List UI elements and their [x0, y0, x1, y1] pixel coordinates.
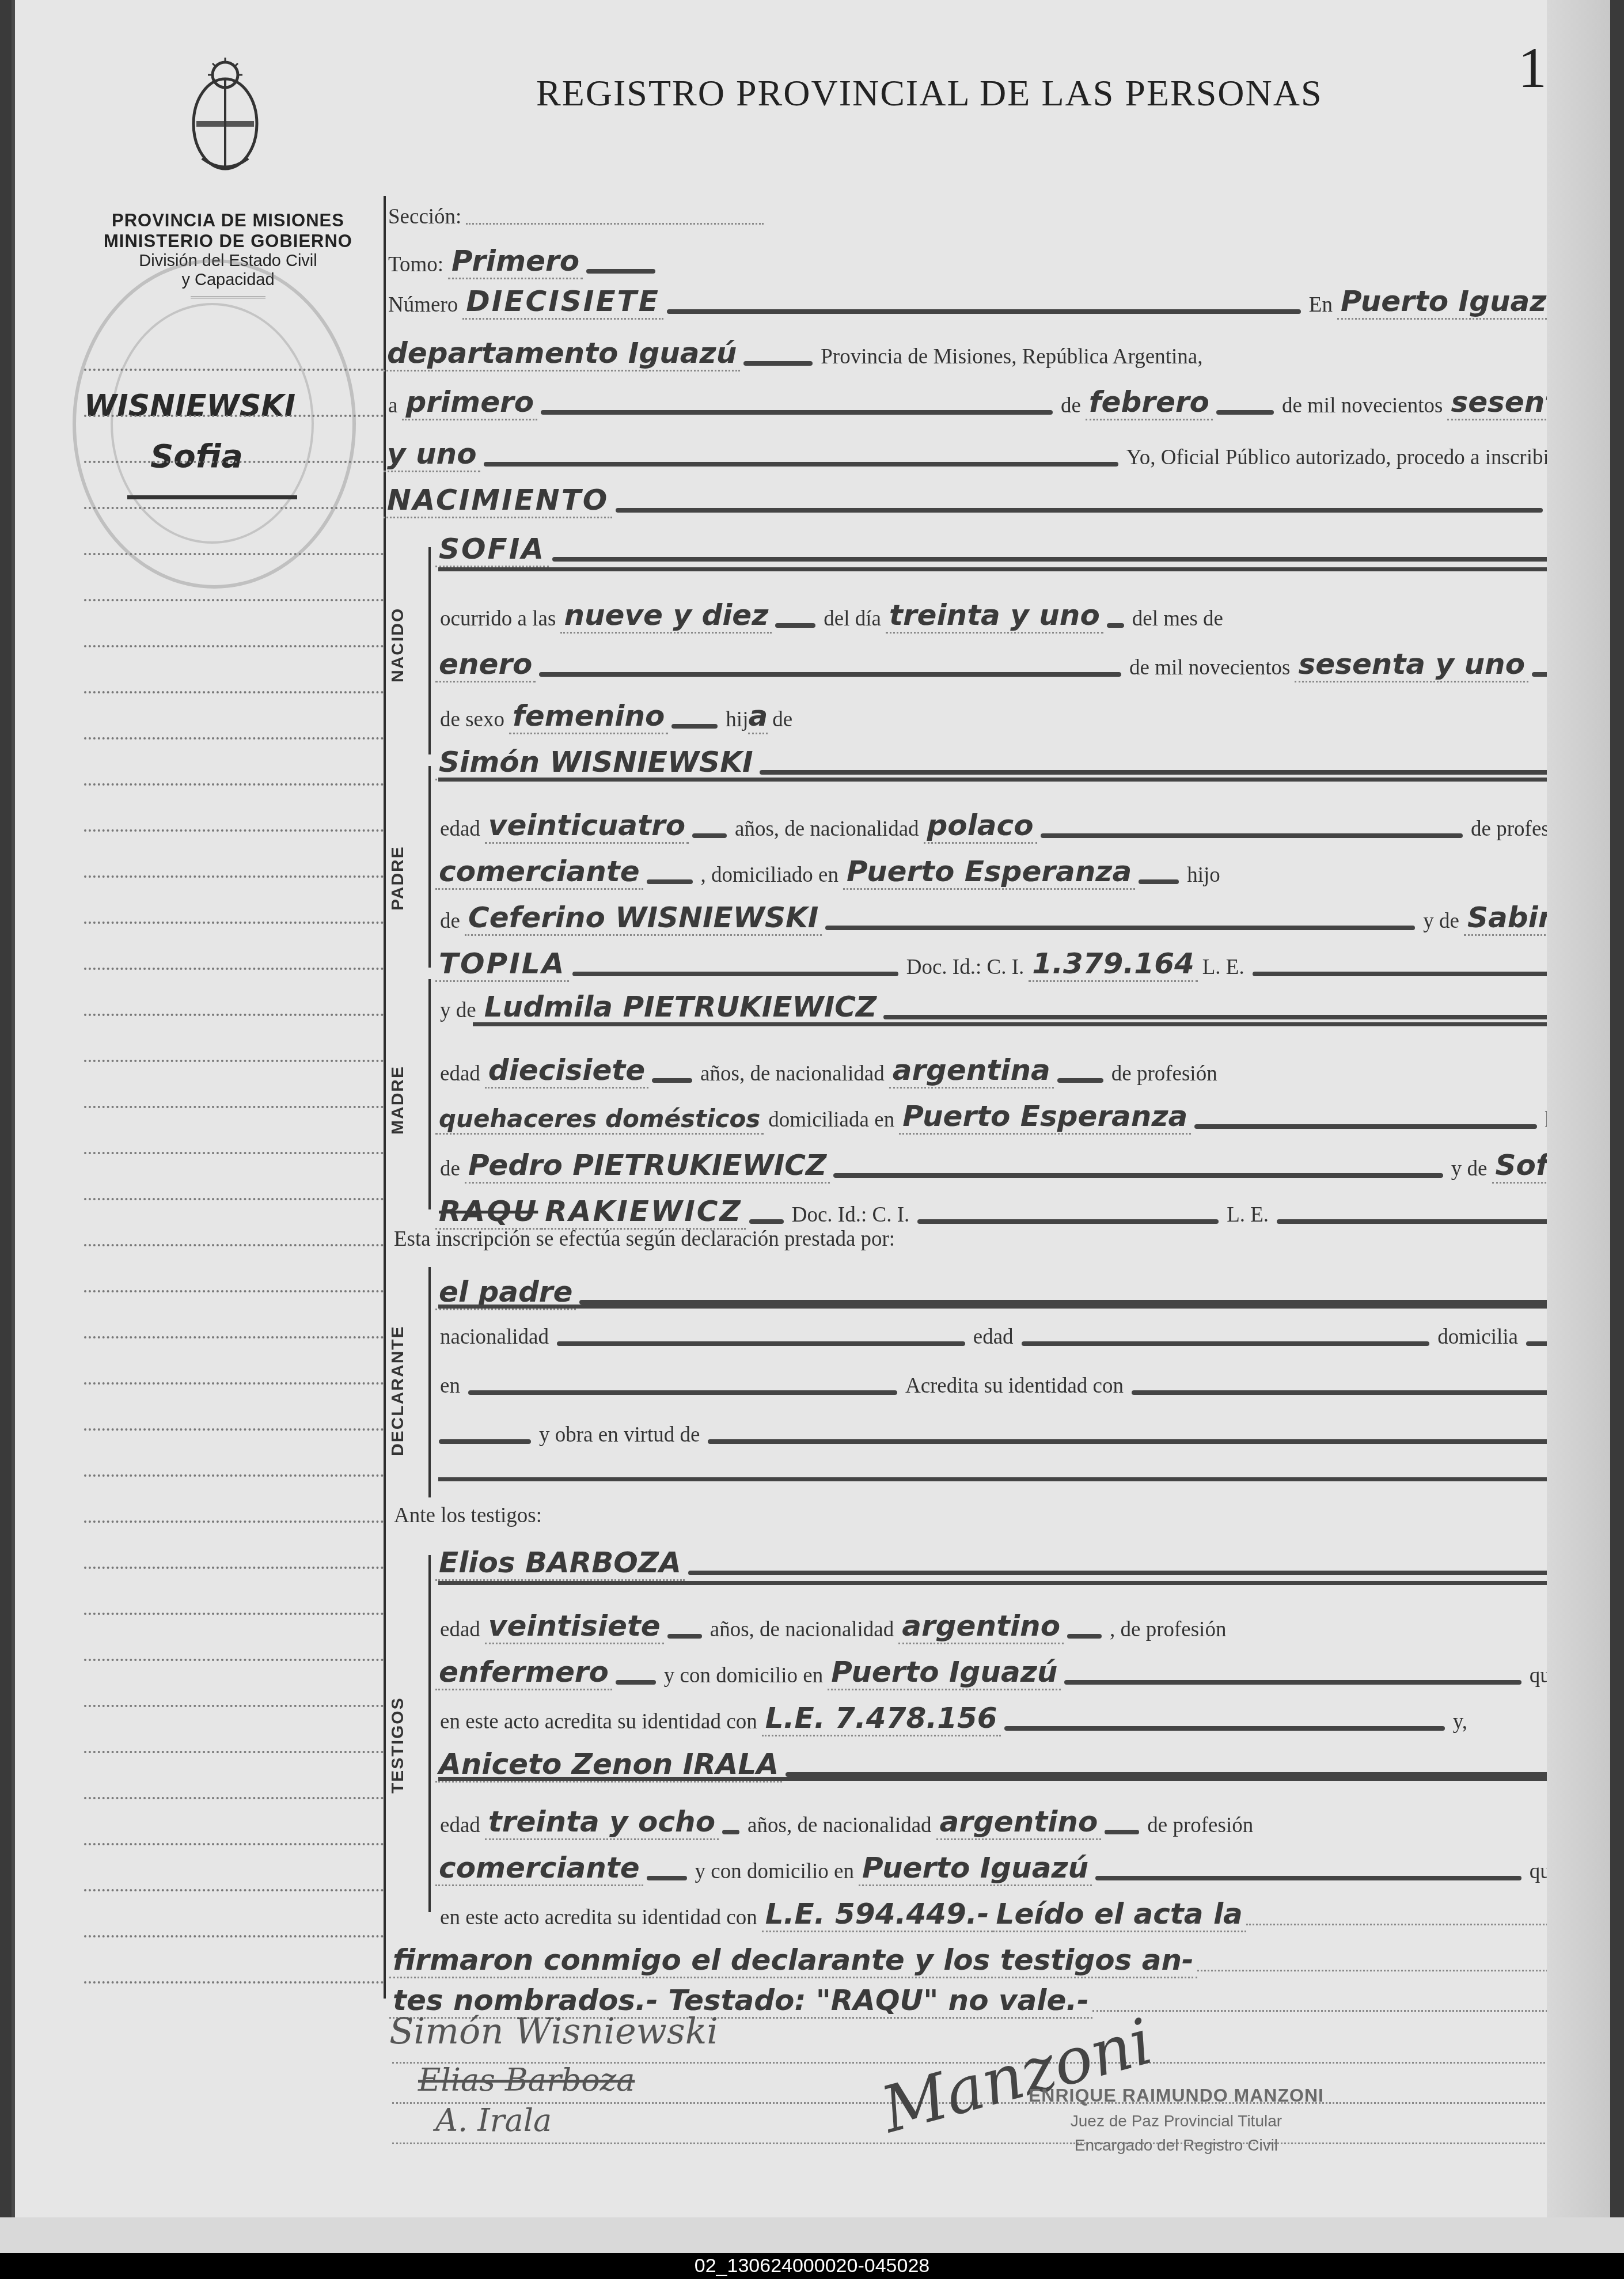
fill-line — [647, 879, 693, 884]
fill-line — [1041, 833, 1463, 838]
margin-line — [84, 1981, 384, 1984]
declarante-en-label: en — [435, 1374, 465, 1398]
margin-line — [84, 783, 384, 786]
fill-line — [1064, 1680, 1521, 1685]
fill-line — [541, 410, 1053, 415]
declarante-acredita-field[interactable] — [1132, 1390, 1561, 1395]
margin-line — [84, 1520, 384, 1523]
padre-father-name[interactable]: Ceferino WISNIEWSKI — [465, 901, 822, 936]
madre-doc-row: RAQU RAKIEWICZ Doc. Id.: C. I. L. E. — [435, 1192, 1581, 1227]
fill-line — [1095, 1876, 1521, 1880]
fill-line — [775, 623, 815, 628]
fill-line — [552, 557, 1578, 562]
madre-hija-label: hija — [1540, 1108, 1581, 1132]
testigo2-doc-row: en este acto acredita su identidad con L… — [435, 1895, 1576, 1930]
madre-edad-row: edad diecisiete años, de nacionalidad ar… — [435, 1051, 1581, 1086]
act-type-value[interactable]: NACIMIENTO — [384, 483, 612, 518]
madre-parents-row: de Pedro PIETRUKIEWICZ y de Sofia — [435, 1146, 1581, 1181]
official-title-2: Encargado del Registro Civil — [1029, 2136, 1324, 2155]
testigo2-domicilio-row: comerciante y con domicilio en Puerto Ig… — [435, 1849, 1581, 1884]
fill-line — [1067, 1634, 1102, 1639]
de-colon-label: de: — [1546, 491, 1581, 516]
fill-line — [825, 926, 1415, 930]
declarante-domicilio-field[interactable] — [1526, 1341, 1561, 1346]
margin-line — [84, 1014, 384, 1016]
image-code-bar: 02_130624000020-045028 — [0, 2253, 1624, 2279]
declarante-edad-label: edad — [969, 1325, 1018, 1349]
margin-line — [84, 1935, 384, 1937]
testigo2-nacionalidad[interactable]: argentino — [936, 1805, 1102, 1840]
madre-y-de-label: y de — [435, 998, 481, 1023]
closing-row-2: firmaron conmigo el declarante y los tes… — [389, 1941, 1576, 1976]
testigo1-profesion-label: , de profesión — [1105, 1617, 1231, 1642]
page-number: 17 — [1518, 35, 1576, 101]
padre-edad[interactable]: veinticuatro — [485, 809, 689, 844]
declarante-edad-field[interactable] — [1022, 1341, 1430, 1346]
testigos-intro-row: Ante los testigos: — [389, 1503, 1581, 1528]
madre-profesion[interactable]: quehaceres domésticos — [435, 1105, 764, 1135]
scan-bottom-strip — [0, 2217, 1624, 2253]
padre-ci-value[interactable]: 1.379.164 — [1029, 947, 1198, 982]
padre-profesion[interactable]: comerciante — [435, 855, 643, 890]
place-row: departamento Iguazú Provincia de Misione… — [384, 334, 1581, 369]
testigo1-nacionalidad[interactable]: argentino — [898, 1609, 1064, 1644]
padre-mother-first[interactable]: Sabina — [1464, 901, 1581, 936]
madre-name-row: y de Ludmila PIETRUKIEWICZ — [435, 988, 1581, 1023]
section-label-testigos: TESTIGOS — [388, 1693, 423, 1797]
testigo1-y-label: y, — [1448, 1709, 1472, 1734]
numero-value[interactable]: DIECISIETE — [462, 285, 663, 320]
fill-line — [786, 1772, 1572, 1777]
tomo-value[interactable]: Primero — [448, 244, 583, 279]
padre-edad-row: edad veinticuatro años, de nacionalidad … — [435, 806, 1581, 841]
closing-line2[interactable]: firmaron conmigo el declarante y los tes… — [389, 1943, 1197, 1978]
padre-hijo-label: hijo — [1182, 863, 1225, 888]
margin-line — [84, 875, 384, 878]
declarante-domicilia-label: domicilia — [1433, 1325, 1523, 1349]
testigo2-edad[interactable]: treinta y ocho — [485, 1805, 719, 1840]
official-title-1: Juez de Paz Provincial Titular — [1029, 2112, 1324, 2130]
testigo2-domicilio[interactable]: Puerto Iguazú — [859, 1851, 1092, 1886]
declarante-value-row: el padre — [435, 1273, 1564, 1308]
official-stamp-block: ENRIQUE RAIMUNDO MANZONI Juez de Paz Pro… — [1029, 2085, 1324, 2155]
record-year-value-2[interactable]: y uno — [384, 437, 480, 472]
margin-line — [84, 691, 384, 693]
margin-line — [84, 507, 384, 509]
madre-name[interactable]: Ludmila PIETRUKIEWICZ — [481, 990, 881, 1025]
section-label-declarante: DECLARANTE — [388, 1325, 423, 1457]
margin-line — [84, 1705, 384, 1707]
margin-line — [84, 1889, 384, 1891]
fill-line — [616, 508, 1543, 513]
fill-line — [616, 1680, 656, 1685]
declarante-acredita-label: Acredita su identidad con — [901, 1374, 1128, 1398]
testigo1-doc-row: en este acto acredita su identidad con L… — [435, 1699, 1472, 1734]
margin-line — [84, 1152, 384, 1154]
year-label: de mil novecientos — [1277, 393, 1448, 418]
margin-line — [84, 599, 384, 601]
testigo1-domicilio[interactable]: Puerto Iguazú — [828, 1655, 1061, 1690]
place-value-2[interactable]: departamento Iguazú — [384, 336, 740, 371]
fill-line — [438, 1777, 1576, 1781]
sexo-label: de sexo — [435, 707, 509, 732]
margin-line — [84, 1751, 384, 1753]
ocurrido-label: ocurrido a las — [435, 606, 560, 631]
margin-line — [84, 922, 384, 924]
section-bar-madre — [428, 979, 431, 1209]
fill-line — [1216, 410, 1274, 415]
testigo2-nacionalidad-label: años, de nacionalidad — [743, 1813, 936, 1838]
margin-line — [84, 1659, 384, 1661]
section-bar-padre — [428, 766, 431, 968]
declarante-nacionalidad-field[interactable] — [557, 1341, 965, 1346]
declarante-prefix-field[interactable] — [439, 1439, 531, 1444]
padre-doc-row: TOPILA Doc. Id.: C. I. 1.379.164 L. E. — [435, 945, 1581, 980]
a-label: a — [384, 393, 402, 418]
fill-line — [883, 1015, 1578, 1019]
madre-y-de2-label: y de — [1447, 1156, 1492, 1181]
testigo1-acredita-label: en este acto acredita su identidad con — [435, 1709, 762, 1734]
testigo2-acredita-label: en este acto acredita su identidad con — [435, 1905, 762, 1930]
madre-father-name[interactable]: Pedro PIETRUKIEWICZ — [465, 1148, 830, 1184]
nacido-name[interactable]: SOFIA — [435, 532, 549, 567]
margin-line — [84, 829, 384, 832]
fill-line — [438, 1305, 1564, 1309]
signature-witness-2: A. Irala — [435, 2102, 552, 2138]
testigo2-edad-row: edad treinta y ocho años, de nacionalida… — [435, 1803, 1581, 1838]
tomo-label: Tomo: — [384, 252, 448, 277]
testigo1-name[interactable]: Elios BARBOZA — [435, 1546, 685, 1581]
document-page: REGISTRO PROVINCIAL DE LAS PERSONAS 17 P… — [12, 0, 1610, 2217]
margin-line — [84, 461, 384, 463]
fill-line — [652, 1078, 692, 1083]
tomo-row: Tomo: Primero — [384, 242, 764, 277]
padre-domicilio-row: comerciante , domiciliado en Puerto Espe… — [435, 852, 1581, 888]
nacido-time[interactable]: nueve y diez — [560, 598, 772, 634]
margin-line — [84, 1382, 384, 1385]
madre-domicilio-label: domiciliada en — [764, 1108, 899, 1132]
fill-line — [688, 1571, 1578, 1575]
declarante-obra-label: y obra en virtud de — [534, 1423, 704, 1447]
ministry-line-ministry: MINISTERIO DE GOBIERNO — [78, 231, 378, 252]
declarante-obra-row: y obra en virtud de — [435, 1423, 1564, 1447]
nacido-sexo-row: de sexo femenino hij a de — [435, 697, 954, 732]
del-mes-label: del mes de — [1128, 606, 1228, 631]
madre-edad-label: edad — [435, 1061, 485, 1086]
declarante-details-row: nacionalidad edad domicilia — [435, 1325, 1564, 1349]
madre-doc-label: Doc. Id.: C. I. — [787, 1203, 915, 1227]
margin-line — [84, 415, 384, 417]
madre-domicilio-row: quehaceres domésticos domiciliada en Pue… — [435, 1097, 1581, 1132]
madre-domicilio[interactable]: Puerto Esperanza — [899, 1099, 1191, 1135]
padre-le-label: L. E. — [1198, 955, 1249, 980]
fill-line — [1105, 1830, 1139, 1834]
madre-nacionalidad-label: años, de nacionalidad — [696, 1061, 889, 1086]
dotted-line — [1246, 1924, 1576, 1925]
province-text: Provincia de Misiones, República Argenti… — [816, 344, 1207, 369]
margin-line — [84, 1336, 384, 1338]
nacido-time-row: ocurrido a las nueve y diez del día trei… — [435, 596, 1581, 631]
fill-line — [438, 1477, 1564, 1481]
dotted-line — [392, 2143, 1573, 2144]
margin-line — [84, 737, 384, 740]
fill-line — [1194, 1124, 1536, 1129]
madre-nacionalidad[interactable]: argentina — [889, 1053, 1054, 1089]
testigo2-doc[interactable]: L.E. 594.449.- — [762, 1897, 993, 1932]
testigos-intro: Ante los testigos: — [389, 1503, 547, 1528]
nacido-year[interactable]: sesenta y uno — [1295, 647, 1528, 682]
testigo2-domicilio-label: y con domicilio en — [690, 1859, 859, 1884]
margin-line — [84, 1106, 384, 1108]
coat-of-arms-icon — [179, 55, 271, 173]
fill-line — [1107, 623, 1124, 628]
testigo2-profesion-label: de profesión — [1143, 1813, 1258, 1838]
nacido-month-row: enero de mil novecientos sesenta y uno — [435, 645, 1581, 680]
padre-mother-last[interactable]: TOPILA — [435, 947, 569, 982]
hij-de-label: de — [768, 707, 797, 732]
fill-line — [579, 1300, 1561, 1305]
record-day-value[interactable]: primero — [402, 385, 537, 420]
padre-name-row: Simón WISNIEWSKI — [435, 743, 1581, 778]
madre-mother-first[interactable]: Sofia — [1492, 1148, 1581, 1184]
numero-row: Número DIECISIETE En Puerto Iguazú, — [384, 282, 1581, 317]
testigo2-name-row: Aniceto Zenon IRALA — [435, 1745, 1576, 1780]
declarante-intro: Esta inscripción se efectúa según declar… — [389, 1227, 900, 1252]
fill-line — [749, 1219, 784, 1224]
record-month-value[interactable]: febrero — [1086, 385, 1213, 420]
nacido-year-label: de mil novecientos — [1125, 655, 1295, 680]
nacido-name-row: SOFIA — [435, 530, 1581, 565]
fill-line — [667, 309, 1301, 314]
margin-line — [84, 1474, 384, 1477]
margin-line — [84, 553, 384, 555]
official-text: Yo, Oficial Público autorizado, procedo … — [1122, 445, 1581, 470]
en-label: En — [1304, 293, 1337, 317]
margin-line — [84, 1428, 384, 1431]
date-row: a primero de febrero de mil novecientos … — [384, 383, 1581, 418]
fill-line — [484, 462, 1118, 467]
fill-line — [667, 1634, 702, 1639]
testigo1-edad[interactable]: veintisiete — [485, 1609, 664, 1644]
fill-line — [1004, 1726, 1445, 1731]
fill-line — [438, 1581, 1576, 1585]
section-label-padre: PADRE — [388, 835, 423, 922]
testigo1-domicilio-row: enfermero y con domicilio en Puerto Igua… — [435, 1653, 1581, 1688]
fill-line — [586, 269, 655, 274]
madre-mother-last-struck: RAQU — [435, 1195, 541, 1230]
seccion-field[interactable] — [466, 223, 764, 225]
fill-line — [1532, 672, 1578, 677]
nacido-month[interactable]: enero — [435, 647, 536, 682]
fill-line — [671, 724, 718, 729]
padre-domicilio-label: , domiciliado en — [696, 863, 843, 888]
declarante-intro-row: Esta inscripción se efectúa según declar… — [389, 1227, 1581, 1252]
margin-line — [84, 1613, 384, 1615]
fill-line — [572, 972, 898, 976]
testigo2-profesion[interactable]: comerciante — [435, 1851, 643, 1886]
hij-label: hij — [721, 707, 748, 732]
fill-line — [1057, 1078, 1103, 1083]
fill-line — [692, 833, 727, 838]
fill-line — [438, 778, 1581, 782]
declarante-nacionalidad-label: nacionalidad — [435, 1325, 553, 1349]
fill-line — [743, 361, 813, 366]
margin-ruled-lines — [84, 369, 384, 2027]
margin-line — [84, 369, 384, 371]
testigo1-nacionalidad-label: años, de nacionalidad — [705, 1617, 899, 1642]
madre-ci-field[interactable] — [917, 1219, 1219, 1224]
section-label-madre: MADRE — [388, 1054, 423, 1146]
de-label: de — [1056, 393, 1086, 418]
numero-label: Número — [384, 293, 462, 317]
padre-profesion-label: de profesión — [1466, 817, 1581, 841]
margin-line — [84, 968, 384, 970]
margin-line — [84, 1198, 384, 1200]
padre-name[interactable]: Simón WISNIEWSKI — [435, 745, 756, 780]
padre-parents-row: de Ceferino WISNIEWSKI y de Sabina — [435, 898, 1581, 934]
place-value-1[interactable]: Puerto Iguazú, — [1337, 285, 1581, 320]
fill-line — [760, 770, 1578, 775]
dotted-line — [1092, 2010, 1576, 2012]
testigo1-name-row: Elios BARBOZA — [435, 1544, 1581, 1579]
padre-edad-label: edad — [435, 817, 485, 841]
padre-y-de-label: y de — [1418, 909, 1464, 934]
act-type-row: NACIMIENTO de: — [384, 481, 1581, 516]
signature-witness-1: Elias Barboza — [418, 2062, 635, 2098]
margin-line — [84, 1290, 384, 1292]
dotted-line — [1197, 1970, 1576, 1971]
madre-edad[interactable]: diecisiete — [485, 1053, 648, 1089]
madre-mother-last[interactable]: RAKIEWICZ — [541, 1195, 745, 1230]
nacido-day[interactable]: treinta y uno — [886, 598, 1103, 634]
official-row: y uno Yo, Oficial Público autorizado, pr… — [384, 435, 1581, 470]
section-bar-declarante — [428, 1267, 431, 1497]
testigo1-doc[interactable]: L.E. 7.478.156 — [762, 1701, 1001, 1736]
declarante-acredita-row: en Acredita su identidad con — [435, 1374, 1564, 1398]
fill-line — [539, 672, 1121, 677]
testigo1-domicilio-label: y con domicilio en — [659, 1663, 828, 1688]
section-bar-nacido — [428, 547, 431, 754]
testigo1-edad-row: edad veintisiete años, de nacionalidad a… — [435, 1607, 1581, 1642]
madre-de-label: de — [435, 1156, 465, 1181]
margin-line — [84, 645, 384, 647]
fill-line — [438, 567, 1581, 571]
padre-nacionalidad[interactable]: polaco — [924, 809, 1037, 844]
section-label-nacido: NACIDO — [388, 593, 423, 697]
madre-le-field[interactable] — [1277, 1219, 1578, 1224]
del-dia-label: del día — [819, 606, 886, 631]
margin-line — [84, 1244, 384, 1246]
ministry-line-province: PROVINCIA DE MISIONES — [78, 210, 378, 231]
closing-line1[interactable]: Leído el acta la — [993, 1897, 1246, 1932]
official-name: ENRIQUE RAIMUNDO MANZONI — [1029, 2085, 1324, 2106]
testigo1-profesion[interactable]: enfermero — [435, 1655, 612, 1690]
fill-line — [833, 1173, 1443, 1178]
testigo1-edad-label: edad — [435, 1617, 485, 1642]
padre-domicilio[interactable]: Puerto Esperanza — [843, 855, 1135, 890]
fill-line — [1253, 972, 1578, 976]
padre-doc-label: Doc. Id.: C. I. — [902, 955, 1029, 980]
padre-nacionalidad-label: años, de nacionalidad — [730, 817, 924, 841]
testigo2-quien-label: quien — [1525, 1859, 1581, 1884]
image-code: 02_130624000020-045028 — [695, 2255, 929, 2277]
testigo2-edad-label: edad — [435, 1813, 485, 1838]
fill-line — [473, 1022, 1581, 1026]
declarante-en-field[interactable] — [468, 1390, 897, 1395]
section-bar-testigos — [428, 1555, 431, 1912]
margin-line — [84, 1843, 384, 1845]
fill-line — [722, 1830, 739, 1834]
seccion-row: Sección: — [384, 204, 764, 229]
seccion-label: Sección: — [384, 204, 466, 229]
testigo1-quien-label: quien — [1525, 1663, 1581, 1688]
madre-le-label: L. E. — [1222, 1203, 1273, 1227]
fill-line — [1139, 879, 1179, 884]
declarante-obra-field[interactable] — [708, 1439, 1561, 1444]
fill-line — [647, 1876, 687, 1880]
margin-line — [84, 1060, 384, 1062]
madre-profesion-label: de profesión — [1107, 1061, 1222, 1086]
hij-suffix[interactable]: a — [748, 699, 768, 734]
signature-declarant: Simón Wisniewski — [389, 2010, 718, 2052]
page-title: REGISTRO PROVINCIAL DE LAS PERSONAS — [536, 72, 1323, 115]
form-frame-right — [1584, 184, 1587, 1999]
sexo-value[interactable]: femenino — [509, 699, 668, 734]
margin-line — [84, 1797, 384, 1799]
margin-line — [84, 1567, 384, 1569]
record-year-value-1[interactable]: sesenta — [1447, 385, 1581, 420]
padre-de-label: de — [435, 909, 465, 934]
